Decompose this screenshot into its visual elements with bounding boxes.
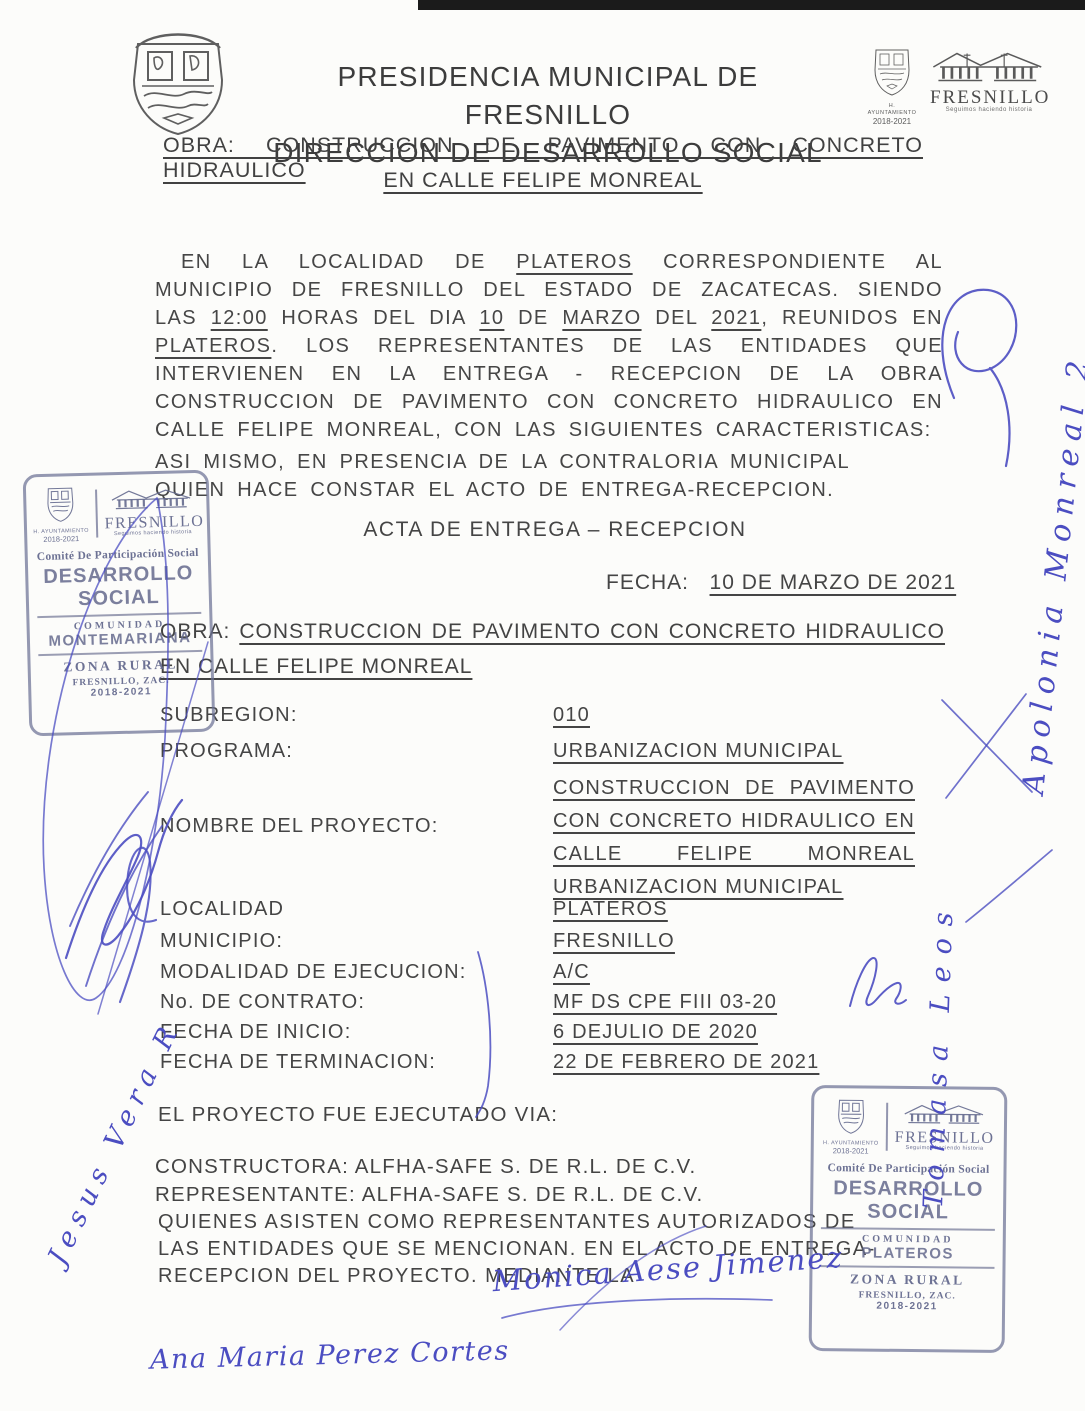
field-label-municipio: MUNICIPIO: <box>160 930 283 953</box>
contraloria-paragraph: ASI MISMO, EN PRESENCIA DE LA CONTRALORI… <box>155 448 913 504</box>
pen-mark <box>946 694 1026 798</box>
executed-via-line: EL PROYECTO FUE EJECUTADO VIA: <box>158 1103 558 1127</box>
signature-stroke <box>70 792 162 986</box>
stamp-rule <box>821 1227 995 1231</box>
scanned-document-page: PRESIDENCIA MUNICIPAL DE FRESNILLO DIREC… <box>0 0 1085 1411</box>
field-label-localidad: LOCALIDAD <box>160 898 284 921</box>
stamp-shield-icon <box>836 1097 866 1135</box>
field-value-localidad: PLATEROS <box>553 898 668 921</box>
stamp-rule <box>38 650 202 656</box>
stamp-logos: H. AYUNTAMIENTO 2018-2021 FRESNILLO Segu… <box>32 482 201 544</box>
fresnillo-brand-tagline: Seguimos haciendo historia <box>930 107 1048 113</box>
stamp-shield-block: H. AYUNTAMIENTO 2018-2021 <box>823 1097 879 1156</box>
fecha-label: FECHA: <box>606 571 689 594</box>
stamp-desarrollo-social-montemariana: H. AYUNTAMIENTO 2018-2021 FRESNILLO Segu… <box>23 470 216 737</box>
representante-line: REPRESENTANTE: ALFHA-SAFE S. DE R.L. DE … <box>155 1181 703 1209</box>
fecha-line: FECHA: 10 DE MARZO DE 2021 <box>606 571 956 595</box>
field-value-contrato: MF DS CPE FIII 03-20 <box>553 991 777 1014</box>
pen-mark <box>476 952 490 1117</box>
field-label-proyecto: NOMBRE DEL PROYECTO: <box>160 815 439 838</box>
stamp-department-text: DESARROLLO SOCIAL <box>819 1177 997 1225</box>
stamp-department-text: DESARROLLO SOCIAL <box>34 562 203 612</box>
signature-ana-maria-perez-cortes: Ana Maria Perez Cortes <box>150 1335 510 1375</box>
stamp-divider <box>885 1103 888 1151</box>
field-label-programa: PROGRAMA: <box>160 740 293 763</box>
stamp-shield-icon <box>45 485 76 524</box>
field-value-proyecto: CONSTRUCCION DE PAVIMENTO CON CONCRETO H… <box>553 772 915 904</box>
field-value-modalidad: A/C <box>553 961 590 984</box>
stamp-buildings-icon <box>109 487 196 511</box>
field-label-terminacion: FECHA DE TERMINACION: <box>160 1051 436 1074</box>
signature-stroke <box>120 848 156 1002</box>
signature-apolonia-monreal: Apolonia Monreal 2 <box>1016 351 1085 795</box>
fecha-value: 10 DE MARZO DE 2021 <box>710 571 957 594</box>
stamp-shield-block: H. AYUNTAMIENTO 2018-2021 <box>32 485 89 544</box>
scan-artifact-top-bar <box>418 0 1085 10</box>
stamp-zone-text: ZONA RURAL <box>818 1271 996 1289</box>
intro-paragraph: EN LA LOCALIDAD DE PLATEROS CORRESPONDIE… <box>155 248 943 444</box>
fresnillo-brand-name: FRESNILLO <box>930 89 1048 107</box>
stamp-brand-block: FRESNILLO Seguimos haciendo historia <box>104 487 201 537</box>
field-value-subregion: 010 <box>553 704 590 727</box>
stamp-committee-text: Comité De Participación Social <box>819 1162 997 1176</box>
obra-mid-line1: OBRA: CONSTRUCCION DE PAVIMENTO CON CONC… <box>160 620 945 644</box>
field-value-inicio: 6 DEJULIO DE 2020 <box>553 1021 758 1044</box>
ayuntamiento-years: 2018-2021 <box>866 117 918 126</box>
acta-title: ACTA DE ENTREGA – RECEPCION <box>160 518 950 542</box>
stamp-logos: H. AYUNTAMIENTO 2018-2021 FRESNILLO Segu… <box>820 1097 999 1157</box>
signature-flourish <box>502 1299 772 1318</box>
field-value-terminacion: 22 DE FEBRERO DE 2021 <box>553 1051 819 1074</box>
pen-mark <box>966 850 1052 922</box>
stamp-committee-text: Comité De Participación Social <box>34 547 202 563</box>
fresnillo-coat-of-arms <box>124 28 232 140</box>
field-label-contrato: No. DE CONTRATO: <box>160 991 365 1014</box>
fresnillo-brand-block: FRESNILLO Seguimos haciendo historia <box>930 50 1048 113</box>
field-label-modalidad: MODALIDAD DE EJECUCION: <box>160 961 467 984</box>
field-value-municipio: FRESNILLO <box>553 930 675 953</box>
stamp-rule <box>820 1265 994 1269</box>
pen-mark <box>850 958 906 1006</box>
ayuntamiento-caption: H. AYUNTAMIENTO <box>866 103 918 117</box>
stamp-divider <box>95 490 98 538</box>
stamp-community-name: MONTEMARIANA <box>36 629 204 650</box>
stamp-desarrollo-social-plateros: H. AYUNTAMIENTO 2018-2021 FRESNILLO Segu… <box>809 1085 1008 1353</box>
stamp-zone-text: ZONA RURAL <box>36 656 204 676</box>
signature-flourish <box>942 290 1016 466</box>
ayuntamiento-shield-icon <box>872 46 912 98</box>
stamp-years-text: 2018-2021 <box>818 1300 996 1313</box>
stamp-rule <box>37 612 201 618</box>
ayuntamiento-shield-block: H. AYUNTAMIENTO 2018-2021 <box>866 46 918 126</box>
title-line-1: PRESIDENCIA MUNICIPAL DE FRESNILLO <box>258 58 838 134</box>
stamp-community-name: PLATEROS <box>819 1244 997 1263</box>
obra-header-line2: EN CALLE FELIPE MONREAL <box>163 168 923 193</box>
field-value-programa: URBANIZACION MUNICIPAL <box>553 740 844 763</box>
fresnillo-buildings-icon <box>930 50 1048 84</box>
constructora-line: CONSTRUCTORA: ALFHA-SAFE S. DE R.L. DE C… <box>155 1153 696 1181</box>
field-label-inicio: FECHA DE INICIO: <box>160 1021 351 1044</box>
